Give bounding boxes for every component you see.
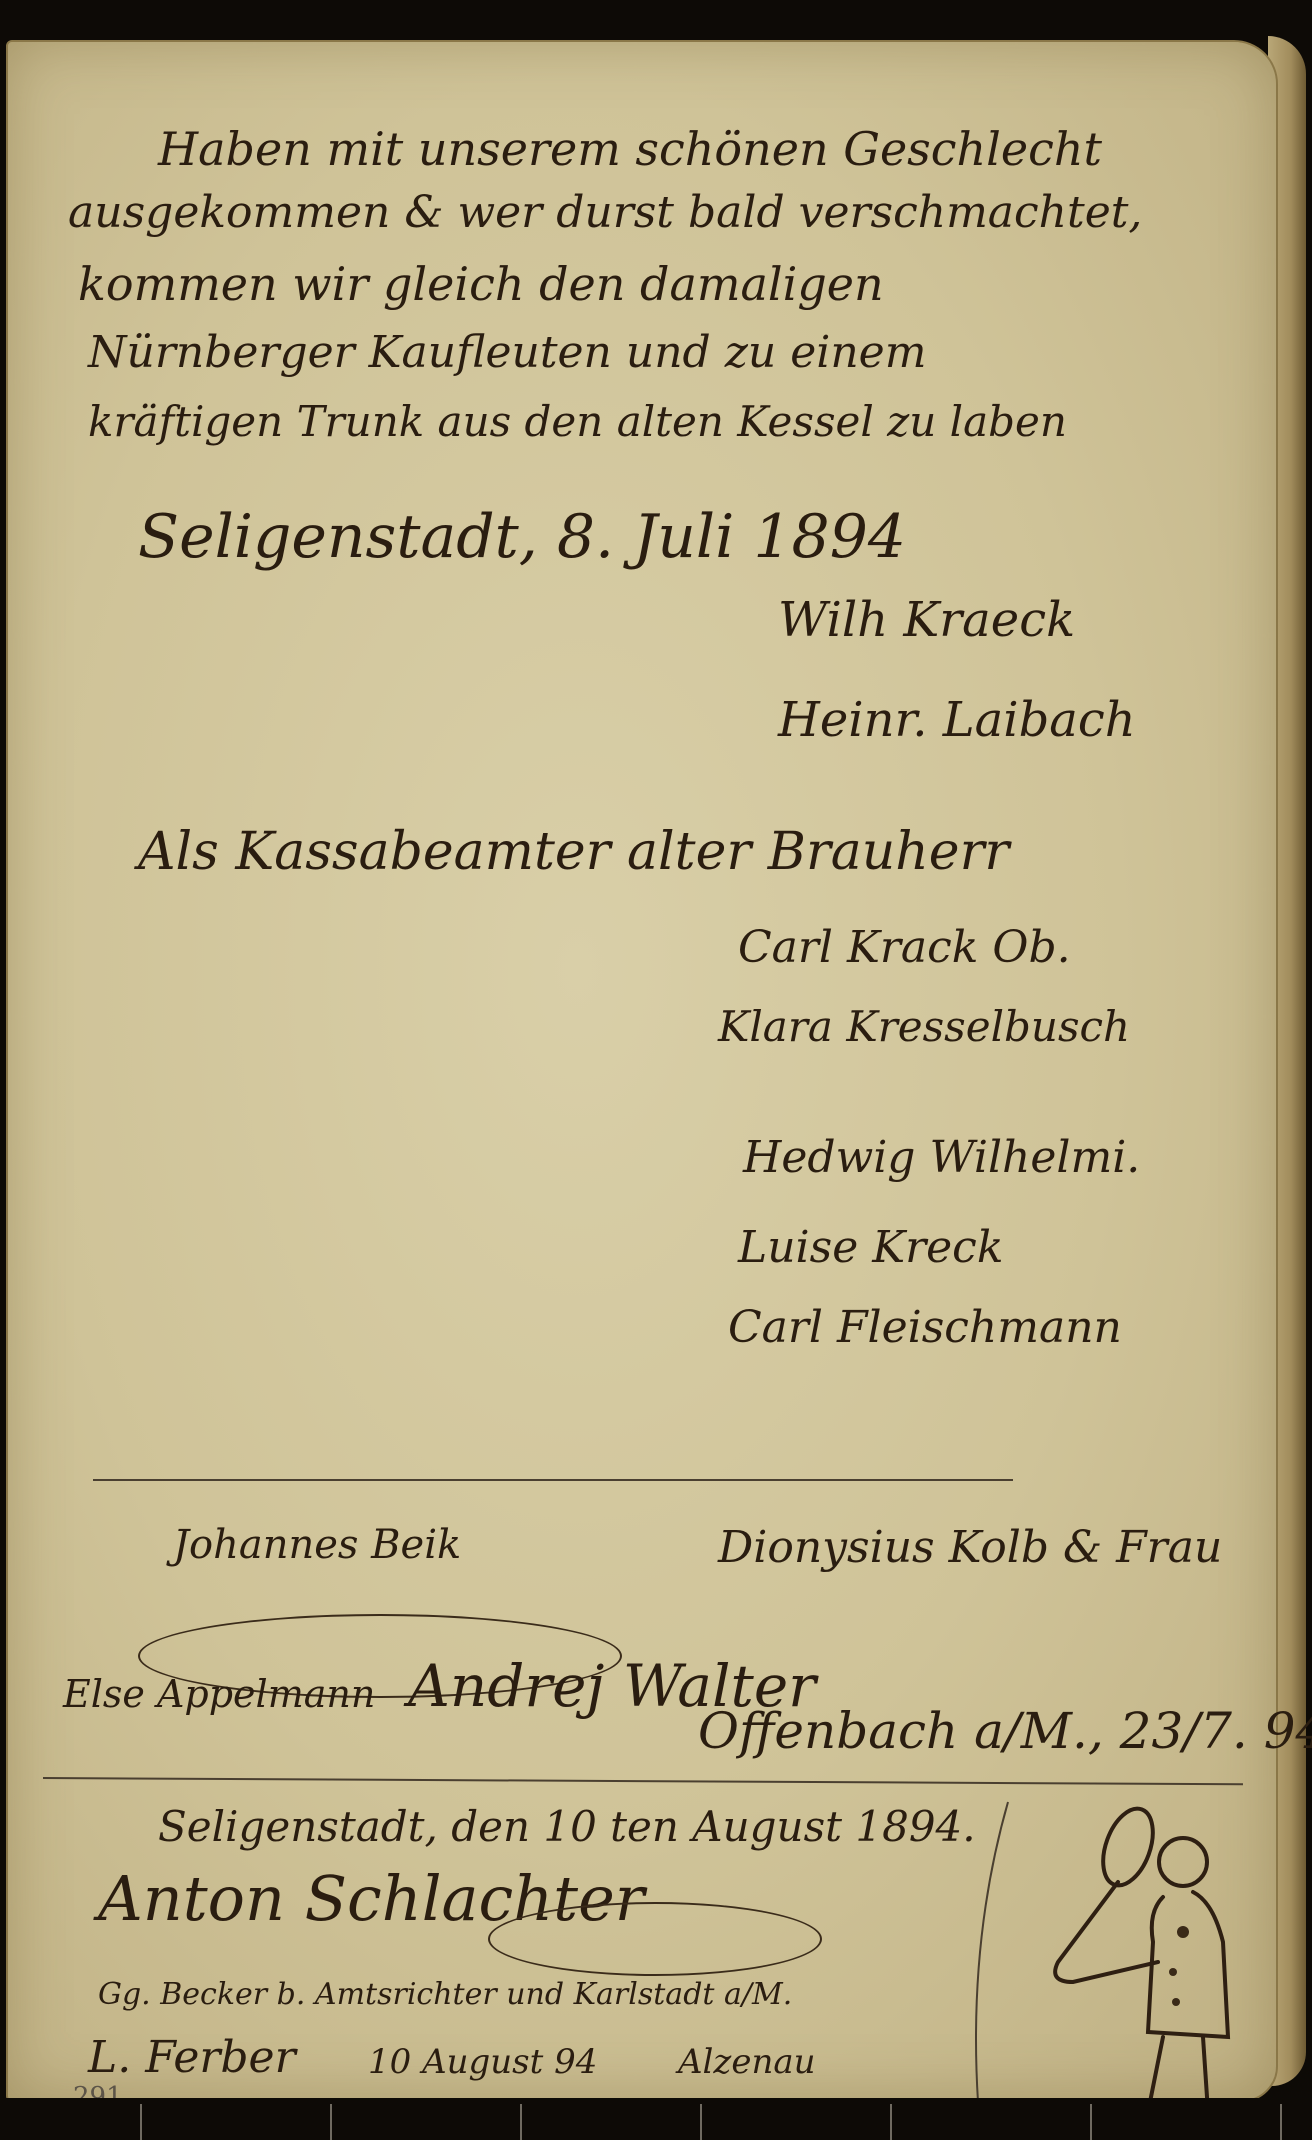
pencil-arc — [908, 1782, 1248, 2112]
divider-line — [93, 1479, 1013, 1481]
entry-text: Als Kassabeamter alter Brauherr — [138, 822, 1009, 882]
place-date: Seligenstadt, den 10 ten August 1894. — [158, 1802, 976, 1851]
signature: Dionysius Kolb & Frau — [718, 1522, 1222, 1573]
document-page: Haben mit unserem schönen Geschlecht aus… — [6, 40, 1278, 2102]
verse-line: Nürnberger Kaufleuten und zu einem — [88, 327, 926, 378]
verse-line: kommen wir gleich den damaligen — [78, 257, 884, 311]
signature: Hedwig Wilhelmi. — [743, 1132, 1140, 1183]
signature: Wilh Kraeck — [778, 592, 1075, 648]
date: 10 August 94 — [368, 2042, 597, 2082]
signature: L. Ferber — [88, 2032, 296, 2083]
note: Gg. Becker b. Amtsrichter und Karlstadt … — [98, 1977, 792, 2012]
verse-line: kräftigen Trunk aus den alten Kessel zu … — [88, 397, 1067, 446]
signature: Carl Krack Ob. — [738, 922, 1071, 973]
signature: Else Appelmann — [63, 1672, 375, 1716]
place-date: Offenbach a/M., 23/7. 94. — [698, 1702, 1312, 1760]
signature: Johannes Beik — [173, 1522, 461, 1568]
verse-line: ausgekommen & wer durst bald verschmacht… — [68, 187, 1142, 238]
signature: Heinr. Laibach — [778, 692, 1136, 748]
verse-line: Haben mit unserem schönen Geschlecht — [158, 122, 1102, 176]
signature: Klara Kresselbusch — [718, 1002, 1130, 1051]
place: Alzenau — [678, 2042, 816, 2082]
place-date: Seligenstadt, 8. Juli 1894 — [138, 502, 906, 572]
signature: Luise Kreck — [738, 1222, 1003, 1273]
scale-ruler — [0, 2098, 1312, 2140]
flourish — [488, 1902, 822, 1976]
signature: Carl Fleischmann — [728, 1302, 1122, 1353]
